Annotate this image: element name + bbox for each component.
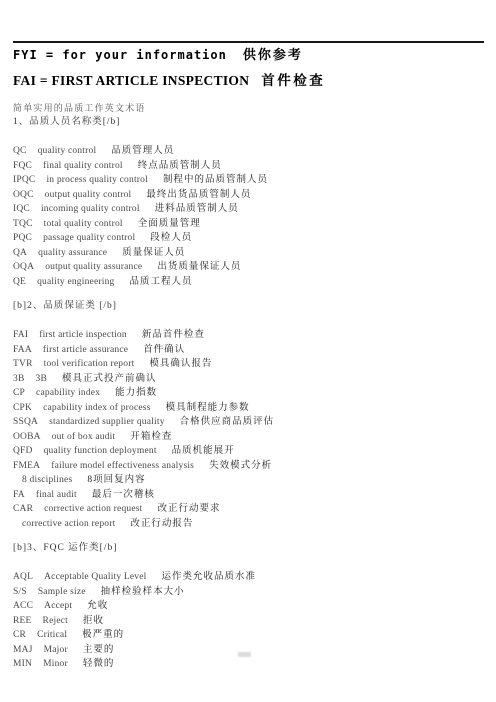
term-english: first article inspection <box>39 330 127 340</box>
term-section: 1、品质人员名称类[/b]QCquality control品质管理人员FQCf… <box>13 115 484 289</box>
term-english: tool verification report <box>44 359 135 369</box>
term-english: passage quality control <box>43 233 135 243</box>
term-row: AQLAcceptable Quality Level运作类允收品质水准 <box>13 570 484 585</box>
term-row: QAquality assurance质量保证人员 <box>13 246 484 261</box>
term-sections: 1、品质人员名称类[/b]QCquality control品质管理人员FQCf… <box>13 115 484 672</box>
term-english: 8 disciplines <box>22 475 72 485</box>
term-row: QEquality engineering品质工程人员 <box>13 275 484 290</box>
term-row: IPQCin process quality control制程中的品质管制人员 <box>13 173 484 188</box>
term-abbr: MIN <box>13 659 32 669</box>
term-abbr: OQA <box>13 262 34 272</box>
term-abbr: MAJ <box>13 645 33 655</box>
term-chinese: 新品首件检查 <box>142 330 205 340</box>
term-abbr: QFD <box>13 446 33 456</box>
term-chinese: 段检人员 <box>150 233 192 243</box>
section-title: [b]3、FQC 运作类[/b] <box>13 541 484 555</box>
term-row: OQAoutput quality assurance出货质量保证人员 <box>13 260 484 275</box>
term-abbr: REE <box>13 616 32 626</box>
term-chinese: 改正行动要求 <box>158 504 221 514</box>
term-row: IQCincoming quality control进料品质管制人员 <box>13 202 484 217</box>
term-chinese: 模具制程能力参数 <box>166 403 250 413</box>
term-row: SSQAstandardized supplier quality合格供应商品质… <box>13 415 484 430</box>
term-chinese: 品质管理人员 <box>111 146 174 156</box>
term-chinese: 合格供应商品质评估 <box>180 417 275 427</box>
term-row: FMEAfailure model effectiveness analysis… <box>13 459 484 474</box>
term-english: Minor <box>43 659 68 669</box>
term-row: CRCritical极严重的 <box>13 628 484 643</box>
term-chinese: 品质机能展开 <box>172 446 235 456</box>
term-chinese: 轻微的 <box>83 659 115 669</box>
term-abbr: FAI <box>13 330 28 340</box>
term-abbr: 3B <box>13 374 25 384</box>
term-abbr: SSQA <box>13 417 38 427</box>
term-english: quality function deployment <box>44 446 157 456</box>
term-chinese: 最后一次稽核 <box>92 490 155 500</box>
term-english: corrective action request <box>44 504 142 514</box>
term-abbr: CAR <box>13 504 33 514</box>
term-abbr: CP <box>13 388 25 398</box>
term-abbr: FAA <box>13 345 32 355</box>
term-chinese: 拒收 <box>83 616 104 626</box>
section-title: [b]2、品质保证类 [/b] <box>13 299 484 313</box>
term-row: OOBAout of box audit开箱检查 <box>13 430 484 445</box>
term-row: QFDquality function deployment品质机能展开 <box>13 444 484 459</box>
term-abbr: QC <box>13 146 27 156</box>
term-abbr: FMEA <box>13 461 40 471</box>
term-list: QCquality control品质管理人员FQCfinal quality … <box>13 144 484 289</box>
term-abbr: OQC <box>13 190 34 200</box>
term-chinese: 制程中的品质管制人员 <box>163 175 268 185</box>
term-row: corrective action report改正行动报告 <box>13 517 484 532</box>
term-chinese: 终点品质管制人员 <box>138 161 222 171</box>
term-chinese: 能力指数 <box>115 388 157 398</box>
term-english: quality control <box>38 146 97 156</box>
term-english: corrective action report <box>22 519 115 529</box>
term-row: MINMinor轻微的 <box>13 657 484 672</box>
section-title: 1、品质人员名称类[/b] <box>13 115 484 129</box>
term-chinese: 允收 <box>87 601 108 611</box>
term-abbr: FA <box>13 490 25 500</box>
term-abbr: OOBA <box>13 432 41 442</box>
term-chinese: 8项回复内容 <box>87 475 145 485</box>
term-english: incoming quality control <box>41 204 140 214</box>
term-section: [b]2、品质保证类 [/b]FAIfirst article inspecti… <box>13 299 484 531</box>
term-english: Critical <box>37 630 67 640</box>
term-english: out of box audit <box>52 432 116 442</box>
heading-fyi-en: FYI = for your information <box>13 48 227 62</box>
heading-fai: FAI = FIRST ARTICLE INSPECTION首件检查 <box>13 73 484 89</box>
term-english: Major <box>44 645 68 655</box>
term-english: capability index <box>36 388 100 398</box>
term-english: Acceptable Quality Level <box>44 572 146 582</box>
heading-fyi: FYI = for your information供你参考 <box>13 47 484 63</box>
term-row: FAAfirst article assurance首件确认 <box>13 343 484 358</box>
term-row: 8 disciplines8项回复内容 <box>13 473 484 488</box>
term-english: total quality control <box>44 219 123 229</box>
term-row: S/SSample size抽样检验样本大小 <box>13 585 484 600</box>
term-chinese: 首件确认 <box>143 345 185 355</box>
term-row: OQCoutput quality control最终出货品质管制人员 <box>13 188 484 203</box>
term-row: FAIfirst article inspection新品首件检查 <box>13 328 484 343</box>
term-english: failure model effectiveness analysis <box>51 461 194 471</box>
term-abbr: TVR <box>13 359 33 369</box>
term-chinese: 失效模式分析 <box>209 461 272 471</box>
term-chinese: 全面质量管理 <box>138 219 201 229</box>
term-chinese: 抽样检验样本大小 <box>101 587 185 597</box>
term-english: Sample size <box>38 587 86 597</box>
term-chinese: 开箱检查 <box>130 432 172 442</box>
term-row: REEReject拒收 <box>13 614 484 629</box>
term-row: ACCAccept允收 <box>13 599 484 614</box>
term-chinese: 出货质量保证人员 <box>157 262 241 272</box>
term-abbr: IPQC <box>13 175 35 185</box>
term-chinese: 改正行动报告 <box>130 519 193 529</box>
heading-fai-zh: 首件检查 <box>261 73 325 88</box>
term-english: final quality control <box>43 161 123 171</box>
term-abbr: CPK <box>13 403 32 413</box>
term-chinese: 进料品质管制人员 <box>155 204 239 214</box>
term-abbr: S/S <box>13 587 27 597</box>
term-list: FAIfirst article inspection新品首件检查FAAfirs… <box>13 328 484 531</box>
term-chinese: 品质工程人员 <box>129 277 192 287</box>
term-english: quality assurance <box>38 248 107 258</box>
term-chinese: 主要的 <box>83 645 115 655</box>
term-chinese: 质量保证人员 <box>122 248 185 258</box>
term-row: TQCtotal quality control全面质量管理 <box>13 217 484 232</box>
term-abbr: CR <box>13 630 26 640</box>
term-row: FAfinal audit最后一次稽核 <box>13 488 484 503</box>
term-english: output quality control <box>45 190 132 200</box>
term-chinese: 模具确认报告 <box>149 359 212 369</box>
document-page: FYI = for your information供你参考 FAI = FIR… <box>0 0 496 702</box>
term-chinese: 最终出货品质管制人员 <box>146 190 251 200</box>
term-abbr: FQC <box>13 161 32 171</box>
term-chinese: 极严重的 <box>82 630 124 640</box>
term-row: PQCpassage quality control段检人员 <box>13 231 484 246</box>
term-row: CARcorrective action request改正行动要求 <box>13 502 484 517</box>
term-row: FQCfinal quality control终点品质管制人员 <box>13 159 484 174</box>
term-english: quality engineering <box>37 277 114 287</box>
heading-fyi-zh: 供你参考 <box>243 47 303 62</box>
term-english: Reject <box>43 616 68 626</box>
term-row: 3B3B模具正式投产前确认 <box>13 372 484 387</box>
term-english: output quality assurance <box>45 262 142 272</box>
term-abbr: PQC <box>13 233 32 243</box>
term-abbr: ACC <box>13 601 33 611</box>
term-english: standardized supplier quality <box>49 417 165 427</box>
term-english: first article assurance <box>43 345 128 355</box>
footer-watermark <box>238 652 251 657</box>
term-row: CPcapability index能力指数 <box>13 386 484 401</box>
top-rule <box>13 41 484 43</box>
term-abbr: TQC <box>13 219 33 229</box>
document-subtitle: 简单实用的品质工作英文术语 <box>13 101 484 115</box>
term-row: QCquality control品质管理人员 <box>13 144 484 159</box>
term-english: 3B <box>36 374 48 384</box>
term-abbr: QA <box>13 248 27 258</box>
term-english: in process quality control <box>46 175 148 185</box>
term-abbr: IQC <box>13 204 30 214</box>
term-english: final audit <box>36 490 77 500</box>
term-chinese: 运作类允收品质水准 <box>162 572 257 582</box>
term-english: capability index of process <box>43 403 151 413</box>
term-abbr: QE <box>13 277 26 287</box>
heading-fai-en: FAI = FIRST ARTICLE INSPECTION <box>13 73 249 88</box>
term-row: TVRtool verification report模具确认报告 <box>13 357 484 372</box>
term-abbr: AQL <box>13 572 33 582</box>
term-chinese: 模具正式投产前确认 <box>62 374 157 384</box>
term-row: CPKcapability index of process模具制程能力参数 <box>13 401 484 416</box>
term-english: Accept <box>44 601 72 611</box>
